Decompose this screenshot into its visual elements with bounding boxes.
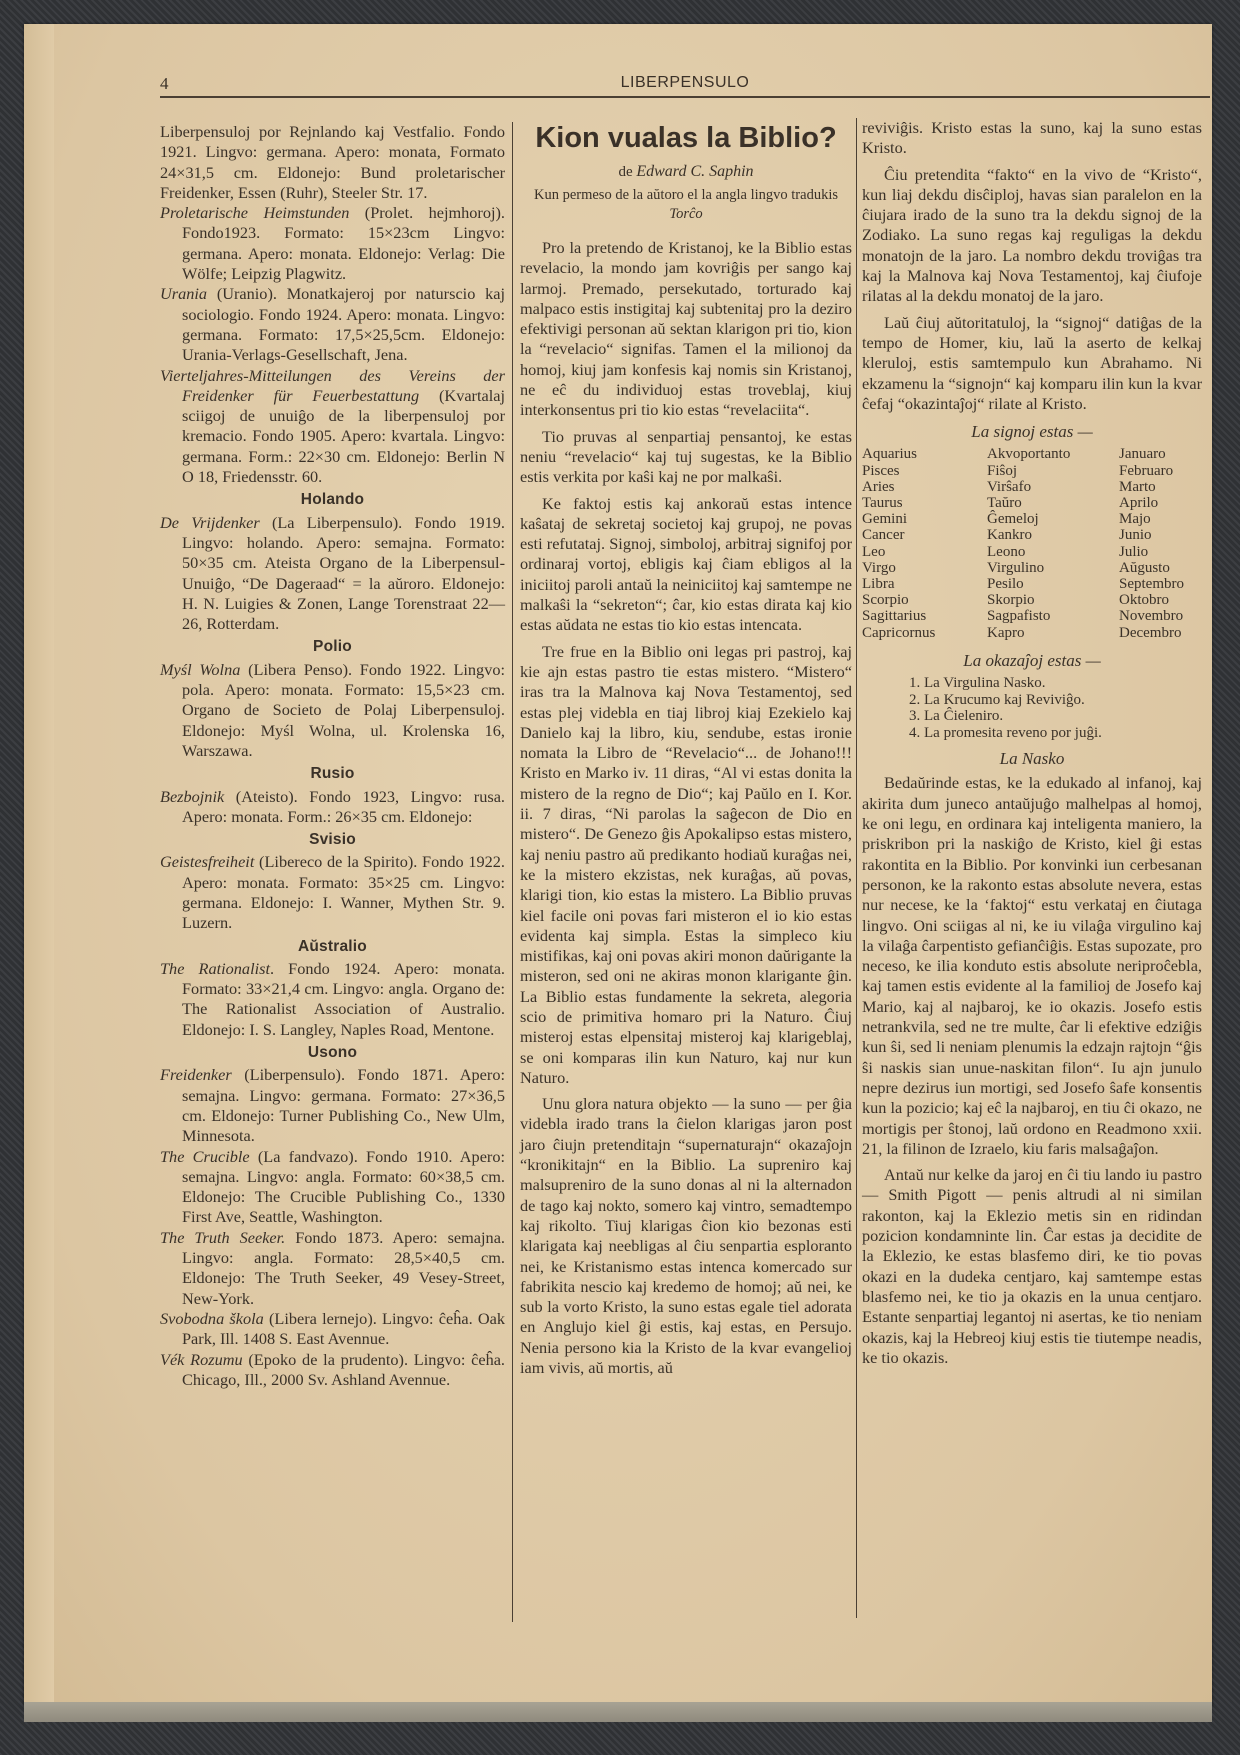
article-paragraph: Laŭ ĉiuj aŭtoritatuloj, la “signoj“ dati… [862,313,1202,414]
latin-sign-name: Taurus [862,495,987,511]
article-paragraph: Unu glora natura objekto — la suno — per… [520,1094,852,1378]
periodical-entry: Liberpensuloj por Rejnlando kaj Vestfali… [160,122,505,203]
month-name: Aŭgusto [1119,560,1202,576]
zodiac-row: PiscesFiŝojFebruaro [862,463,1202,479]
zodiac-row: CapricornusKaproDecembro [862,625,1202,641]
country-heading: Polio [160,637,505,657]
zodiac-row: CancerKankroJunio [862,527,1202,543]
latin-sign-name: Aquarius [862,446,987,462]
month-name: Majo [1119,511,1202,527]
zodiac-row: LibraPesiloSeptembro [862,576,1202,592]
month-name: Julio [1119,544,1202,560]
page-binding-edge [24,24,54,1708]
translator-name: Torĉo [669,206,702,222]
article-paragraph: Tio pruvas al senpartiaj pensantoj, ke e… [520,427,852,488]
country-heading: Rusio [160,764,505,784]
month-name: Junio [1119,527,1202,543]
signs-heading: La signoj estas — [862,422,1202,442]
zodiac-row: LeoLeonoJulio [862,544,1202,560]
zodiac-row: SagittariusSagpafistoNovembro [862,608,1202,624]
country-heading: Holando [160,490,505,510]
periodical-entry: The Truth Seeker. Fondo 1873. Apero: sem… [160,1228,505,1309]
latin-sign-name: Capricornus [862,625,987,641]
month-name: Novembro [1119,608,1202,624]
periodical-title: Geistesfreiheit [160,852,254,871]
esperanto-sign-name: Akvoportanto [987,446,1119,462]
periodical-entry: The Crucible (La fandvazo). Fondo 1910. … [160,1147,505,1228]
esperanto-sign-name: Ĝemeloj [987,511,1119,527]
nasko-heading: La Nasko [862,749,1202,769]
esperanto-sign-name: Virŝafo [987,479,1119,495]
periodical-entry: Myśl Wolna (Libera Penso). Fondo 1922. L… [160,660,505,761]
article-paragraph: Pro la pretendo de Kristanoj, ke la Bibl… [520,238,852,421]
event-item: La Krucumo kaj Reviviĝo. [924,692,1202,709]
article-paragraph: Ke faktoj estis kaj ankoraŭ estas intenc… [520,494,852,636]
periodical-entry: Urania (Uranio). Monatkajeroj por naturs… [160,284,505,365]
article-paragraph: reviviĝis. Kristo estas la suno, kaj la … [862,118,1202,159]
periodical-entry: Vierteljahres-Mitteilungen des Vereins d… [160,366,505,488]
esperanto-sign-name: Sagpafisto [987,608,1119,624]
month-name: Septembro [1119,576,1202,592]
event-item: La promesita reveno por juĝi. [924,725,1202,742]
latin-sign-name: Scorpio [862,592,987,608]
article-paragraph: Ĉiu pretendita “fakto“ en la vivo de “Kr… [862,165,1202,307]
periodical-title: Urania [160,284,207,303]
periodical-title: Bezbojnik [160,787,224,806]
month-name: Marto [1119,479,1202,495]
country-heading: Aŭstralio [160,937,505,957]
periodical-entry: Vék Rozumu (Epoko de la prudento). Lingv… [160,1350,505,1391]
zodiac-row: AriesVirŝafoMarto [862,479,1202,495]
article-paragraph: Tre frue en la Biblio oni legas pri past… [520,642,852,1089]
periodical-title: Svobodna škola [160,1309,264,1328]
periodical-title: The Rationalist [160,959,270,978]
periodical-entry: Bezbojnik (Ateisto). Fondo 1923, Lingvo:… [160,787,505,828]
latin-sign-name: Cancer [862,527,987,543]
country-heading: Usono [160,1043,505,1063]
periodical-title: De Vrijdenker [160,513,260,532]
zodiac-row: ScorpioSkorpioOktobro [862,592,1202,608]
running-header: 4 LIBERPENSULO [160,72,1210,98]
column-divider-left [512,122,513,1622]
latin-sign-name: Virgo [862,560,987,576]
latin-sign-name: Leo [862,544,987,560]
zodiac-signs-table: AquariusAkvoportantoJanuaroPiscesFiŝojFe… [862,446,1202,640]
zodiac-row: TaurusTaŭroAprilo [862,495,1202,511]
zodiac-row: AquariusAkvoportantoJanuaro [862,446,1202,462]
author-name: Edward C. Saphin [636,163,753,180]
periodical-entry: Proletarische Heimstunden (Prolet. hejmh… [160,203,505,284]
esperanto-sign-name: Skorpio [987,592,1119,608]
latin-sign-name: Sagittarius [862,608,987,624]
month-name: Aprilo [1119,495,1202,511]
column-divider-right [856,118,857,1618]
latin-sign-name: Libra [862,576,987,592]
periodical-title: The Crucible [160,1147,250,1166]
event-item: La Ĉieleniro. [924,708,1202,725]
month-name: Februaro [1119,463,1202,479]
article-byline: de Edward C. Saphin [520,162,852,182]
periodical-title: The Truth Seeker. [160,1228,285,1247]
article-title: Kion vualas la Biblio? [520,120,852,156]
periodical-title: Proletarische Heimstunden [160,203,349,222]
periodical-entry: The Rationalist. Fondo 1924. Apero: mona… [160,959,505,1040]
periodical-title: Freidenker [160,1065,232,1084]
esperanto-sign-name: Taŭro [987,495,1119,511]
journal-title: LIBERPENSULO [160,74,1210,92]
esperanto-sign-name: Virgulino [987,560,1119,576]
month-name: Decembro [1119,625,1202,641]
article-paragraph: Antaŭ nur kelke da jaroj en ĉi tiu lando… [862,1165,1202,1368]
esperanto-sign-name: Kapro [987,625,1119,641]
translation-note: Kun permeso de la aŭtoro el la angla lin… [520,186,852,224]
events-list: La Virgulina Nasko. La Krucumo kaj Reviv… [862,675,1202,741]
periodical-entry: De Vrijdenker (La Liberpensulo). Fondo 1… [160,513,505,635]
esperanto-sign-name: Pesilo [987,576,1119,592]
periodicals-list-column: Liberpensuloj por Rejnlando kaj Vestfali… [160,122,505,1390]
periodical-title: Vék Rozumu [160,1350,243,1369]
article-column-middle: Kion vualas la Biblio? de Edward C. Saph… [520,118,852,1384]
periodical-entry: Freidenker (Liberpensulo). Fondo 1871. A… [160,1065,505,1146]
article-column-right: reviviĝis. Kristo estas la suno, kaj la … [862,118,1202,1374]
latin-sign-name: Gemini [862,511,987,527]
esperanto-sign-name: Kankro [987,527,1119,543]
periodical-entry: Svobodna škola (Libera lernejo). Lingvo:… [160,1309,505,1350]
esperanto-sign-name: Leono [987,544,1119,560]
zodiac-row: VirgoVirgulinoAŭgusto [862,560,1202,576]
zodiac-row: GeminiĜemelojMajo [862,511,1202,527]
latin-sign-name: Aries [862,479,987,495]
periodical-title: Myśl Wolna [160,660,240,679]
month-name: Oktobro [1119,592,1202,608]
month-name: Januaro [1119,446,1202,462]
country-heading: Svisio [160,830,505,850]
esperanto-sign-name: Fiŝoj [987,463,1119,479]
periodical-entry: Geistesfreiheit (Libereco de la Spirito)… [160,852,505,933]
page-bottom-edge [24,1702,1212,1722]
latin-sign-name: Pisces [862,463,987,479]
event-item: La Virgulina Nasko. [924,675,1202,692]
events-heading: La okazaĵoj estas — [862,651,1202,671]
article-paragraph: Bedaŭrinde estas, ke la edukado al infan… [862,773,1202,1159]
